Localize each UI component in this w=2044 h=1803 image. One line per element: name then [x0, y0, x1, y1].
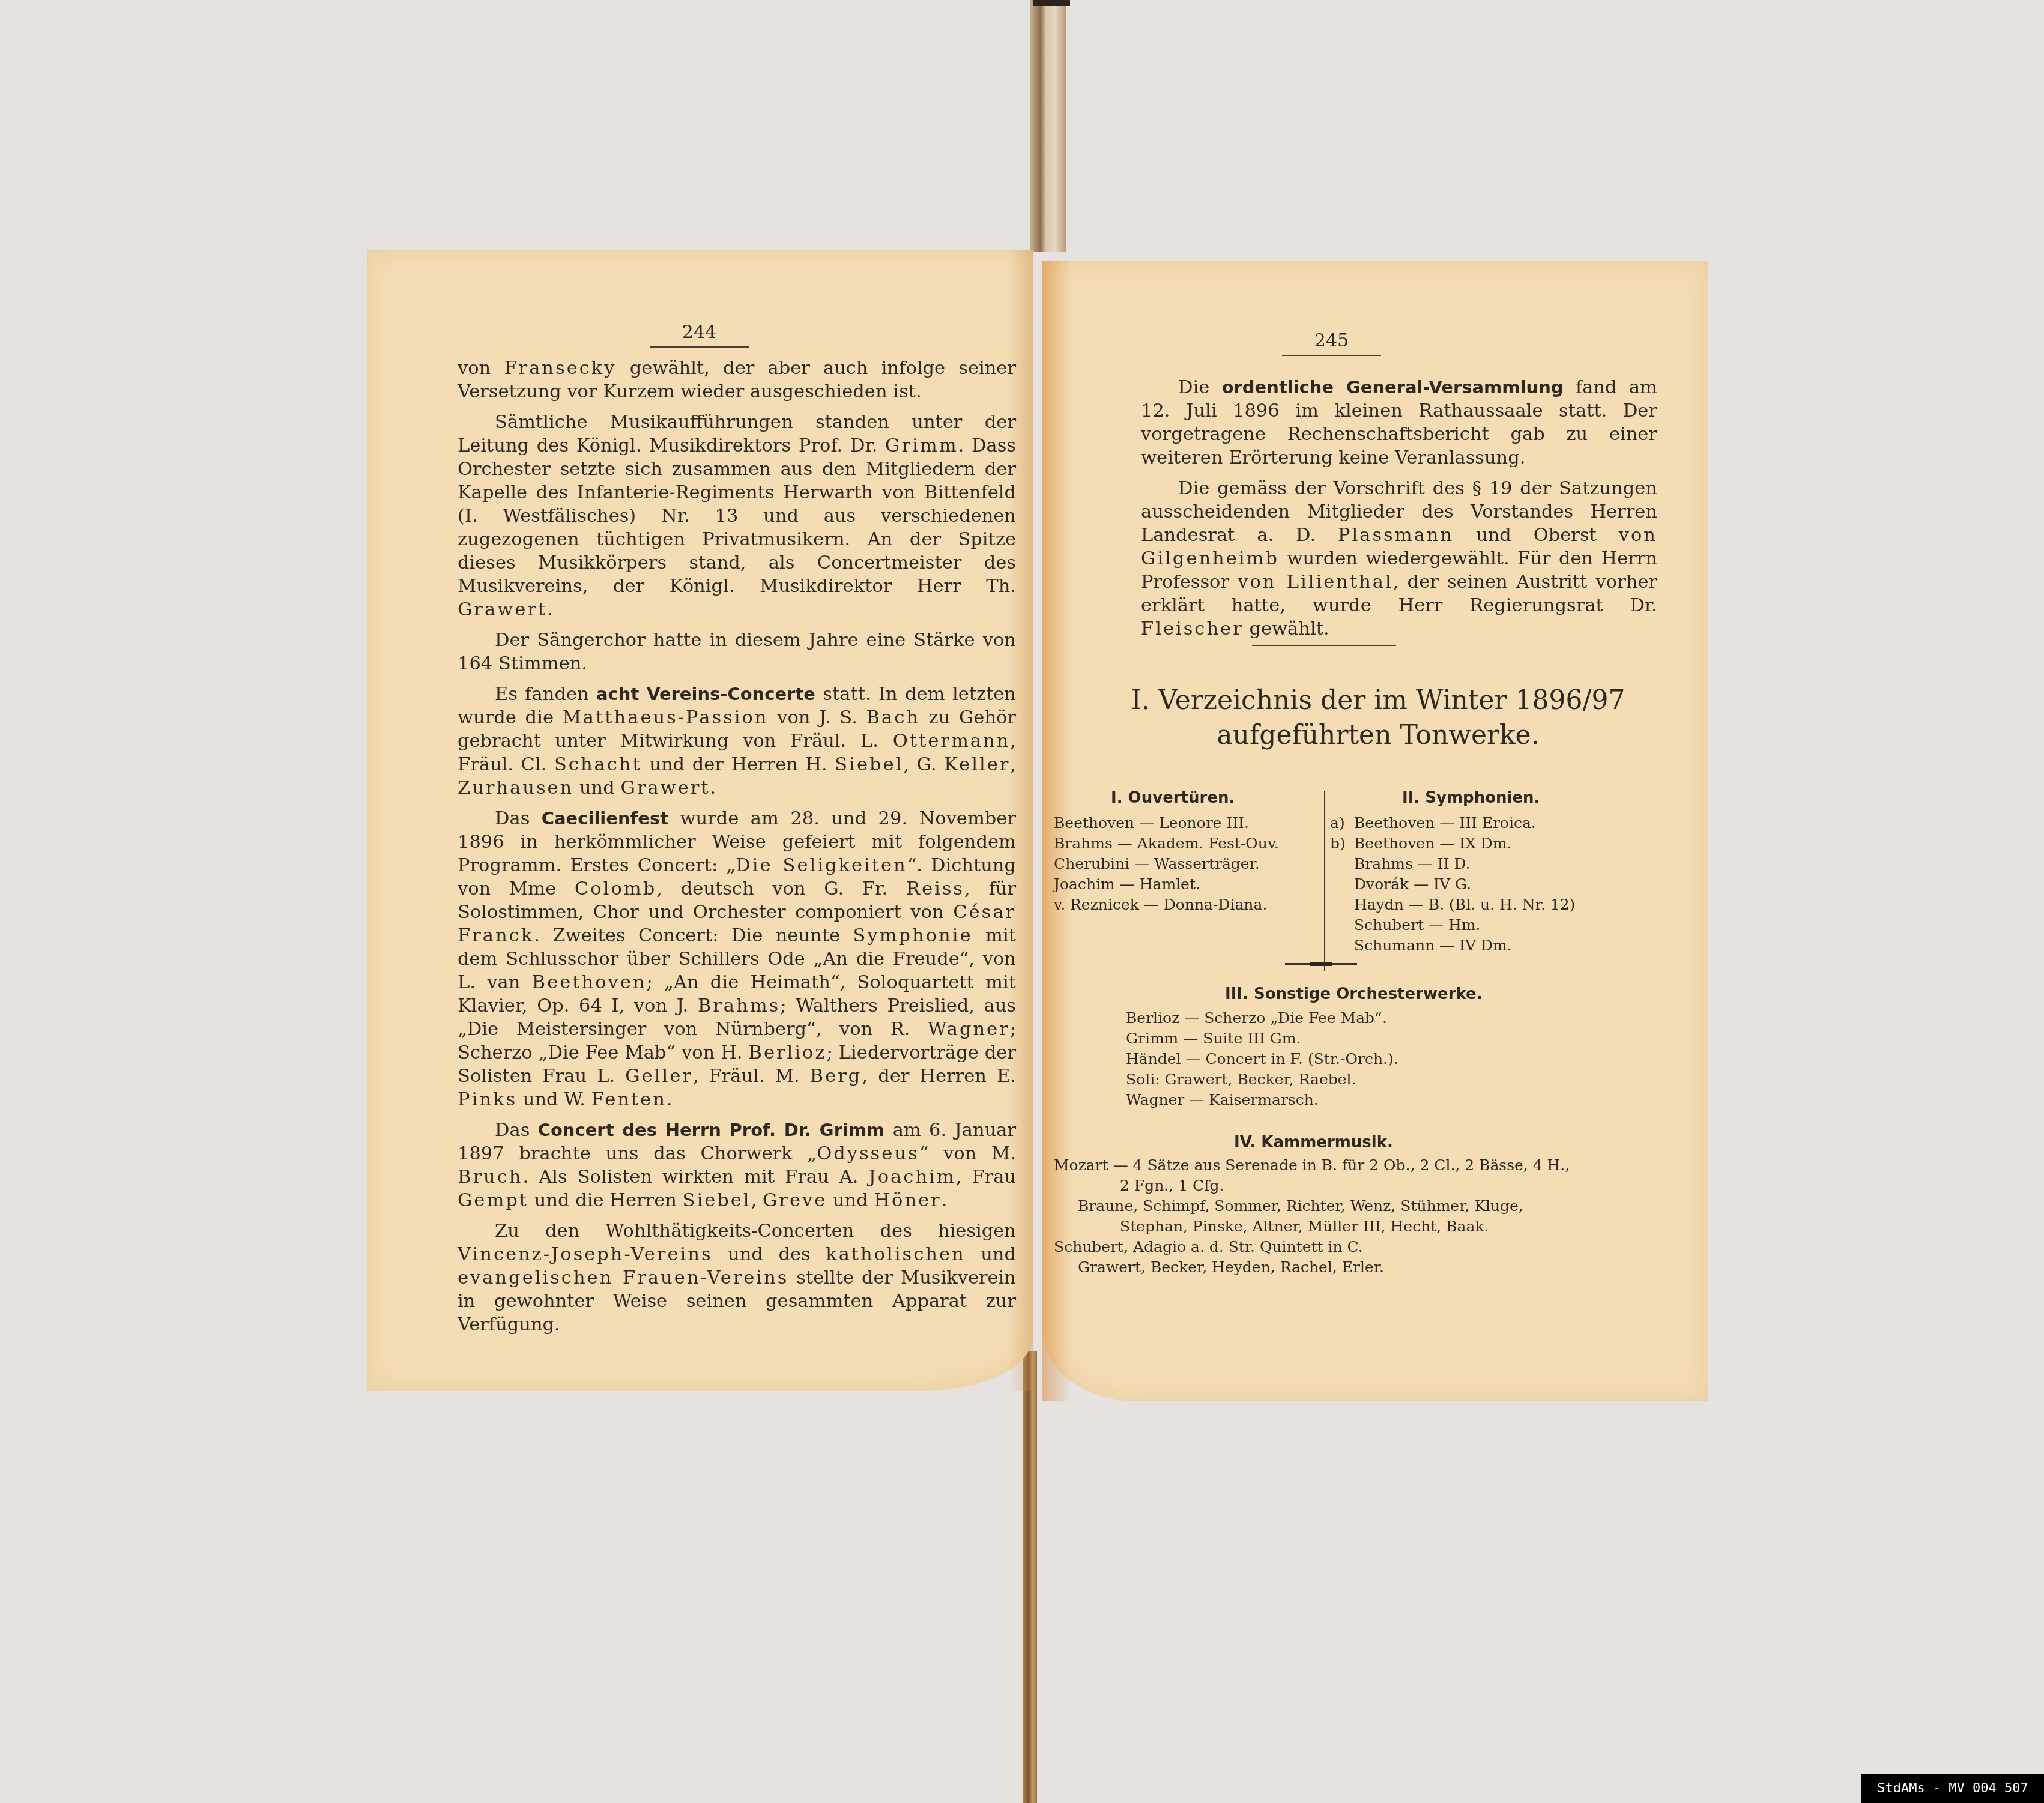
- text-run: . Dass Orchester setzte sich zusammen au…: [458, 435, 1016, 597]
- text-run: .: [942, 1190, 948, 1211]
- section-heading-ouvertueren: I. Ouvertüren.: [1111, 789, 1235, 807]
- text-run: .: [710, 778, 716, 799]
- text-run: , Frau: [956, 1167, 1016, 1188]
- text-run: , der Herren E.: [862, 1066, 1016, 1087]
- page-number: 245: [1282, 330, 1381, 356]
- ouvertueren-list: Beethoven — Leonore III.Brahms — Akadem.…: [1054, 813, 1279, 915]
- emphasis-spaced: Colomb: [575, 878, 656, 899]
- paragraph: Die ordentliche General-Versammlung fand…: [1141, 376, 1657, 470]
- emphasis-spaced: Siebel: [835, 754, 903, 775]
- page-number: 244: [650, 322, 749, 348]
- column-divider: [1324, 791, 1325, 971]
- paragraph: von Fransecky gewählt, der aber auch inf…: [458, 357, 1016, 403]
- text-run: ,: [1010, 754, 1016, 775]
- text-run: . Als Solisten wirkten mit Frau A.: [522, 1167, 868, 1188]
- text-run: von J. S.: [768, 707, 866, 728]
- symphonien-list: a)Beethoven — III Eroica.b)Beethoven — I…: [1330, 813, 1575, 956]
- list-text: Brahms — II D.: [1354, 855, 1471, 872]
- emphasis-spaced: katholischen: [826, 1244, 966, 1265]
- text-run: und: [966, 1244, 1016, 1265]
- list-item: Mozart — 4 Sätze aus Serenade in B. für …: [1054, 1155, 1570, 1176]
- text-run: Es fanden: [495, 684, 596, 705]
- list-text: Schubert — Hm.: [1354, 916, 1480, 934]
- text-run: , deutsch von G. Fr.: [656, 878, 906, 899]
- list-item: Haydn — B. (Bl. u. H. Nr. 12): [1330, 895, 1575, 915]
- emphasis-spaced: Höner: [874, 1190, 941, 1211]
- text-run: und des: [713, 1244, 826, 1265]
- list-item: a)Beethoven — III Eroica.: [1330, 813, 1575, 833]
- emphasis-spaced: Berlioz: [749, 1042, 827, 1063]
- emphasis-spaced: evangelischen Frauen-Vereins: [458, 1267, 788, 1288]
- text-run: und: [573, 778, 620, 799]
- text-run: Das: [495, 808, 542, 829]
- emphasis-spaced: von Lilienthal: [1238, 572, 1392, 593]
- list-label: b): [1330, 833, 1354, 854]
- text-run: Die: [1178, 377, 1222, 398]
- archive-caption: StdAMs - MV_004_507: [1861, 1774, 2044, 1803]
- text-run: Der Sängerchor hatte in diesem Jahre ein…: [458, 630, 1016, 674]
- kammermusik-list: Mozart — 4 Sätze aus Serenade in B. für …: [1054, 1155, 1570, 1278]
- list-text: Beethoven — III Eroica.: [1354, 814, 1536, 832]
- list-item: Berlioz — Scherzo „Die Fee Mab“.: [1126, 1008, 1398, 1028]
- emphasis-spaced: Fleischer: [1141, 618, 1244, 639]
- list-item: Händel — Concert in F. (Str.-Orch.).: [1126, 1049, 1398, 1069]
- emphasis-bold: acht Vereins-Concerte: [596, 684, 815, 704]
- text-run: und W.: [517, 1089, 591, 1110]
- section-divider: [1252, 645, 1396, 646]
- emphasis-spaced: Berg: [810, 1066, 862, 1087]
- list-item: b)Beethoven — IX Dm.: [1330, 833, 1575, 854]
- list-label: a): [1330, 813, 1354, 833]
- emphasis-spaced: Bruch: [458, 1167, 522, 1188]
- list-text: Beethoven — IX Dm.: [1354, 835, 1511, 852]
- emphasis-spaced: Schacht: [554, 754, 642, 775]
- emphasis-spaced: Vincenz-Joseph-Vereins: [458, 1244, 713, 1265]
- list-text: Schumann — IV Dm.: [1354, 937, 1512, 954]
- book-spine-bottom: [1023, 1351, 1037, 1803]
- list-item: Wagner — Kaisermarsch.: [1126, 1090, 1398, 1110]
- emphasis-spaced: Joachim: [868, 1167, 955, 1188]
- list-item: 2 Fgn., 1 Cfg.: [1054, 1176, 1570, 1196]
- list-item: Braune, Schimpf, Sommer, Richter, Wenz, …: [1054, 1196, 1570, 1216]
- paragraph: Die gemäss der Vorschrift des § 19 der S…: [1141, 477, 1657, 641]
- list-item: Cherubini — Wasserträger.: [1054, 854, 1279, 874]
- text-run: . Zweites Concert: Die neunte: [534, 925, 853, 946]
- section-heading-kammermusik: IV. Kammermusik.: [1234, 1134, 1393, 1152]
- text-run: , G.: [903, 754, 944, 775]
- list-title-line-2: aufgeführten Tonwerke.: [1078, 719, 1678, 752]
- emphasis-spaced: Keller: [944, 754, 1010, 775]
- list-item: v. Reznicek — Donna-Diana.: [1054, 895, 1279, 915]
- list-item: Grawert, Becker, Heyden, Rachel, Erler.: [1054, 1257, 1570, 1278]
- emphasis-spaced: Fransecky: [504, 358, 616, 379]
- text-run: Zu den Wohlthätigkeits-Concerten des hie…: [495, 1221, 1016, 1242]
- emphasis-spaced: Ottermann: [893, 731, 1011, 752]
- paragraph: Das Caecilienfest wurde am 28. und 29. N…: [458, 807, 1016, 1111]
- spine-cap: [1033, 0, 1070, 6]
- paragraph: Das Concert des Herrn Prof. Dr. Grimm am…: [458, 1119, 1016, 1212]
- emphasis-spaced: Odysseus: [817, 1143, 919, 1164]
- paragraph: Es fanden acht Vereins-Concerte statt. I…: [458, 683, 1016, 800]
- emphasis-spaced: Die Seligkeiten: [736, 855, 907, 876]
- list-text: Haydn — B. (Bl. u. H. Nr. 12): [1354, 896, 1575, 913]
- emphasis-spaced: Grawert: [458, 599, 547, 620]
- list-item: Schubert — Hm.: [1330, 915, 1575, 935]
- text-run: .: [667, 1089, 673, 1110]
- text-run: und Oberst: [1454, 525, 1619, 546]
- text-run: und: [827, 1190, 874, 1211]
- section-heading-symphonien: II. Symphonien.: [1402, 789, 1540, 807]
- emphasis-spaced: Grimm: [885, 435, 958, 456]
- text-run: .: [547, 599, 553, 620]
- emphasis-spaced: Beethoven: [532, 972, 647, 993]
- text-run: , Fräul. M.: [693, 1066, 810, 1087]
- emphasis-bold: ordentliche General-Versammlung: [1222, 377, 1564, 397]
- text-run: und die Herren: [528, 1190, 682, 1211]
- paragraph: Der Sängerchor hatte in diesem Jahre ein…: [458, 629, 1016, 675]
- orchesterwerke-list: Berlioz — Scherzo „Die Fee Mab“.Grimm — …: [1126, 1008, 1398, 1110]
- text-run: gewählt.: [1244, 618, 1329, 639]
- text-run: von: [458, 358, 504, 379]
- text-run: Das: [495, 1120, 538, 1141]
- emphasis-spaced: Symphonie: [853, 925, 973, 946]
- emphasis-spaced: Greve: [763, 1190, 827, 1211]
- emphasis-bold: Caecilienfest: [542, 808, 668, 829]
- emphasis-spaced: Bach: [866, 707, 920, 728]
- list-title-line-1: I. Verzeichnis der im Winter 1896/97: [1078, 684, 1678, 717]
- ornament-divider: [1285, 963, 1357, 965]
- text-run: “ von M.: [919, 1143, 1016, 1164]
- emphasis-spaced: Grawert: [620, 778, 710, 799]
- paragraph: Zu den Wohlthätigkeits-Concerten des hie…: [458, 1219, 1016, 1336]
- left-page-body: von Fransecky gewählt, der aber auch inf…: [458, 357, 1016, 1344]
- list-item: Brahms — II D.: [1330, 854, 1575, 874]
- list-item: Schubert, Adagio a. d. Str. Quintett in …: [1054, 1237, 1570, 1257]
- list-item: Soli: Grawert, Becker, Raebel.: [1126, 1069, 1398, 1090]
- list-item: Brahms — Akadem. Fest-Ouv.: [1054, 833, 1279, 854]
- list-item: Beethoven — Leonore III.: [1054, 813, 1279, 833]
- emphasis-spaced: Fenten: [591, 1089, 667, 1110]
- list-item: Grimm — Suite III Gm.: [1126, 1028, 1398, 1049]
- emphasis-spaced: Geller: [625, 1066, 693, 1087]
- text-run: und der Herren H.: [642, 754, 835, 775]
- list-item: Joachim — Hamlet.: [1054, 874, 1279, 895]
- list-text: Dvorák — IV G.: [1354, 875, 1471, 893]
- emphasis-spaced: Wagner: [928, 1019, 1010, 1040]
- emphasis-spaced: Reiss: [906, 878, 964, 899]
- book-spine-top: [1030, 0, 1066, 252]
- emphasis-bold: Concert des Herrn Prof. Dr. Grimm: [538, 1120, 885, 1140]
- right-page: 245 Die ordentliche General-Versammlung …: [1042, 261, 1708, 1401]
- section-heading-orchesterwerke: III. Sonstige Orchesterwerke.: [1225, 985, 1483, 1003]
- paragraph: Sämtliche Musikaufführungen standen unte…: [458, 411, 1016, 621]
- emphasis-spaced: Brahms: [698, 995, 780, 1016]
- list-item: Schumann — IV Dm.: [1330, 935, 1575, 956]
- emphasis-spaced: Plassmann: [1338, 525, 1454, 546]
- emphasis-spaced: Siebel: [683, 1190, 751, 1211]
- emphasis-spaced: Pinks: [458, 1089, 517, 1110]
- left-page: 244 von Fransecky gewählt, der aber auch…: [367, 250, 1033, 1391]
- emphasis-spaced: Gempt: [458, 1190, 528, 1211]
- right-page-body: Die ordentliche General-Versammlung fand…: [1141, 376, 1657, 648]
- emphasis-spaced: Matthaeus-Passion: [563, 707, 769, 728]
- text-run: ,: [751, 1190, 763, 1211]
- list-item: Stephan, Pinske, Altner, Müller III, Hec…: [1054, 1216, 1570, 1237]
- emphasis-spaced: Zurhausen: [458, 778, 573, 799]
- list-item: Dvorák — IV G.: [1330, 874, 1575, 895]
